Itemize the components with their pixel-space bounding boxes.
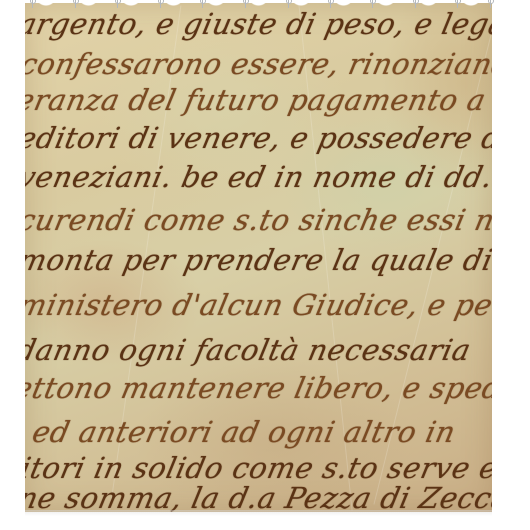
hook-icon (490, 0, 491, 8)
manuscript-line: veneziani. be ed in nome di dd.ti fig (25, 160, 492, 194)
hook-icon (372, 0, 373, 8)
hook-icon (457, 0, 458, 8)
manuscript-line: argento, e giuste di peso, e legali, in (25, 7, 492, 41)
hook-icon (75, 0, 76, 8)
manuscript-line: ministero d'alcun Giudice, e pe (25, 288, 492, 322)
manuscript-line: ne somma, la d.a Pezza di Zecca n (25, 481, 492, 512)
hook-icon (160, 0, 161, 8)
manuscript-line: itori in solido come s.to serve e sua (25, 451, 492, 485)
hook-icon (32, 0, 33, 8)
manuscript-line: eranza del futuro pagamento a (25, 83, 489, 117)
shower-curtain: argento, e giuste di peso, e legali, in … (25, 3, 492, 512)
manuscript-line: ed anteriori ad ogni altro in (29, 415, 458, 449)
hook-icon (245, 0, 246, 8)
manuscript-line: monta per prendere la quale di (25, 243, 492, 277)
hook-icon (202, 0, 203, 8)
hook-icon (117, 0, 118, 8)
manuscript-line: ettono mantenere libero, e sped (25, 371, 492, 405)
hook-icon (288, 0, 289, 8)
hook-icon (330, 0, 331, 8)
manuscript-line: curendi come s.to sinche essi ne a (25, 203, 492, 237)
hook-icon (415, 0, 416, 8)
manuscript-line: editori di venere, e possedere d.a (25, 121, 492, 155)
manuscript-line: danno ogni facoltà necessaria (25, 333, 474, 367)
curtain-bottom-shadow (25, 510, 492, 516)
manuscript-line: confessarono essere, rinonziando a (25, 47, 492, 81)
